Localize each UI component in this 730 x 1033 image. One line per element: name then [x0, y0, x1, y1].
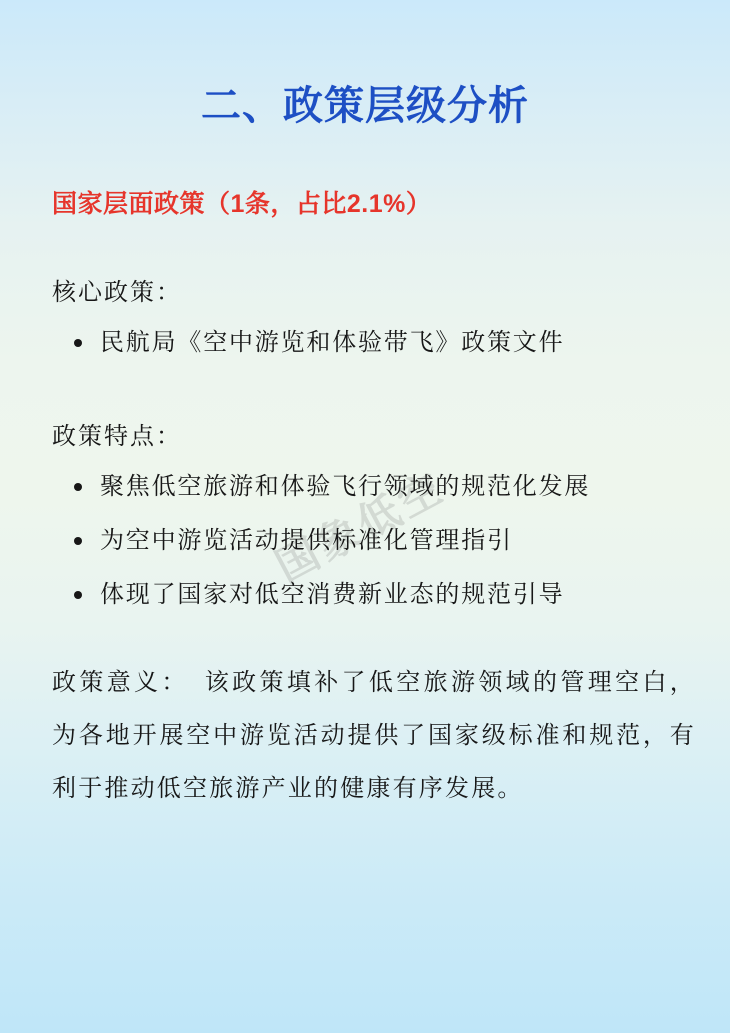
- policy-analysis-page: 国象低空 二、政策层级分析 国家层面政策（1条，占比2.1%） 核心政策： 民航…: [0, 0, 730, 1033]
- list-item-text: 民航局《空中游览和体验带飞》政策文件: [100, 329, 564, 357]
- list-item: 聚焦低空旅游和体验飞行领域的规范化发展: [52, 473, 694, 501]
- page-title: 二、政策层级分析: [0, 74, 730, 131]
- bullet-icon: [74, 483, 82, 491]
- policy-features-list: 聚焦低空旅游和体验飞行领域的规范化发展 为空中游览活动提供标准化管理指引 体现了…: [52, 473, 694, 609]
- core-policy-section: 核心政策： 民航局《空中游览和体验带飞》政策文件: [52, 279, 694, 357]
- list-item-text: 为空中游览活动提供标准化管理指引: [100, 527, 513, 555]
- core-policy-list: 民航局《空中游览和体验带飞》政策文件: [52, 329, 694, 357]
- list-item-text: 体现了国家对低空消费新业态的规范引导: [100, 581, 564, 609]
- list-item-text: 聚焦低空旅游和体验飞行领域的规范化发展: [100, 473, 590, 501]
- bullet-icon: [74, 339, 82, 347]
- policy-features-section: 政策特点： 聚焦低空旅游和体验飞行领域的规范化发展 为空中游览活动提供标准化管理…: [52, 423, 694, 609]
- policy-features-label: 政策特点：: [52, 423, 694, 451]
- bullet-icon: [74, 591, 82, 599]
- core-policy-label: 核心政策：: [52, 279, 694, 307]
- national-policy-heading: 国家层面政策（1条，占比2.1%）: [52, 184, 431, 220]
- policy-significance-paragraph: 政策意义：该政策填补了低空旅游领域的管理空白，为各地开展空中游览活动提供了国家级…: [52, 656, 696, 815]
- policy-significance-label: 政策意义：: [52, 669, 189, 696]
- bullet-icon: [74, 537, 82, 545]
- list-item: 为空中游览活动提供标准化管理指引: [52, 527, 694, 555]
- list-item: 民航局《空中游览和体验带飞》政策文件: [52, 329, 694, 357]
- list-item: 体现了国家对低空消费新业态的规范引导: [52, 581, 694, 609]
